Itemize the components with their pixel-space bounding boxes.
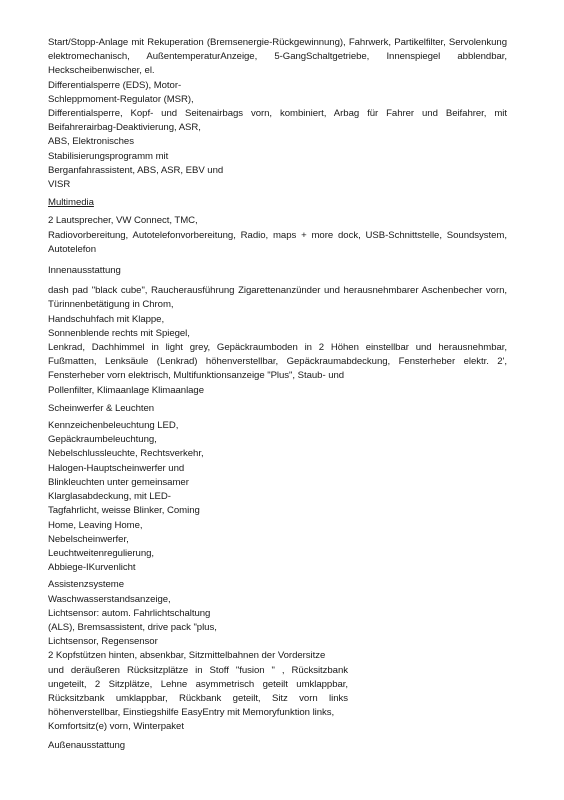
text-line: Leuchtweitenregulierung,	[48, 547, 507, 561]
text-line: VISR	[48, 178, 507, 192]
paragraph-multimedia: Radiovorbereitung, Autotelefonvorbereitu…	[48, 229, 507, 257]
text-line: Lichtsensor, Regensensor	[48, 635, 507, 649]
section-heading-lights: Scheinwerfer & Leuchten	[48, 402, 507, 416]
section-heading-interior: Innenausstattung	[48, 264, 507, 278]
text-line: Klarglasabdeckung, mit LED-	[48, 490, 507, 504]
section-heading-assist: Assistenzsysteme	[48, 578, 507, 592]
paragraph-airbags: Differentialsperre, Kopf- und Seitenairb…	[48, 107, 507, 135]
text-line: Nebelschlussleuchte, Rechtsverkehr,	[48, 447, 507, 461]
text-line: Differentialsperre (EDS), Motor-	[48, 79, 507, 93]
text-line: Stabilisierungsprogramm mit	[48, 150, 507, 164]
text-line: Blinkleuchten unter gemeinsamer	[48, 476, 507, 490]
text-line: Sonnenblende rechts mit Spiegel,	[48, 327, 507, 341]
text-line: Lichtsensor: autom. Fahrlichtschaltung	[48, 607, 507, 621]
text-line: Berganfahrassistent, ABS, ASR, EBV und	[48, 164, 507, 178]
text-line: Gepäckraumbeleuchtung,	[48, 433, 507, 447]
section-heading-multimedia: Multimedia	[48, 196, 507, 210]
text-line: ABS, Elektronisches	[48, 135, 507, 149]
text-line: Halogen-Hauptscheinwerfer und	[48, 462, 507, 476]
text-line: Schleppmoment-Regulator (MSR),	[48, 93, 507, 107]
text-line: Tagfahrlicht, weisse Blinker, Coming	[48, 504, 507, 518]
text-line: Nebelscheinwerfer,	[48, 533, 507, 547]
text-line: Waschwasserstandsanzeige,	[48, 593, 507, 607]
document-page: Start/Stopp-Anlage mit Rekuperation (Bre…	[48, 36, 507, 753]
text-line: 2 Lautsprecher, VW Connect, TMC,	[48, 214, 507, 228]
text-line: Home, Leaving Home,	[48, 519, 507, 533]
text-line: Komfortsitz(e) vorn, Winterpaket	[48, 720, 507, 734]
text-line: Pollenfilter, Klimaanlage Klimaanlage	[48, 384, 507, 398]
text-line: Kennzeichenbeleuchtung LED,	[48, 419, 507, 433]
text-line: 2 Kopfstützen hinten, absenkbar, Sitzmit…	[48, 649, 507, 663]
paragraph-interior-dash: dash pad "black cube", Raucherausführung…	[48, 284, 507, 312]
text-line: (ALS), Bremsassistent, drive pack "plus,	[48, 621, 507, 635]
paragraph-drivetrain: Start/Stopp-Anlage mit Rekuperation (Bre…	[48, 36, 507, 79]
paragraph-seats: und deräußeren Rücksitzplätze in Stoff "…	[48, 664, 348, 721]
text-line: Handschuhfach mit Klappe,	[48, 313, 507, 327]
text-line: Abbiege-IKurvenlicht	[48, 561, 507, 575]
section-heading-exterior: Außenausstattung	[48, 739, 507, 753]
paragraph-interior-features: Lenkrad, Dachhimmel in light grey, Gepäc…	[48, 341, 507, 384]
